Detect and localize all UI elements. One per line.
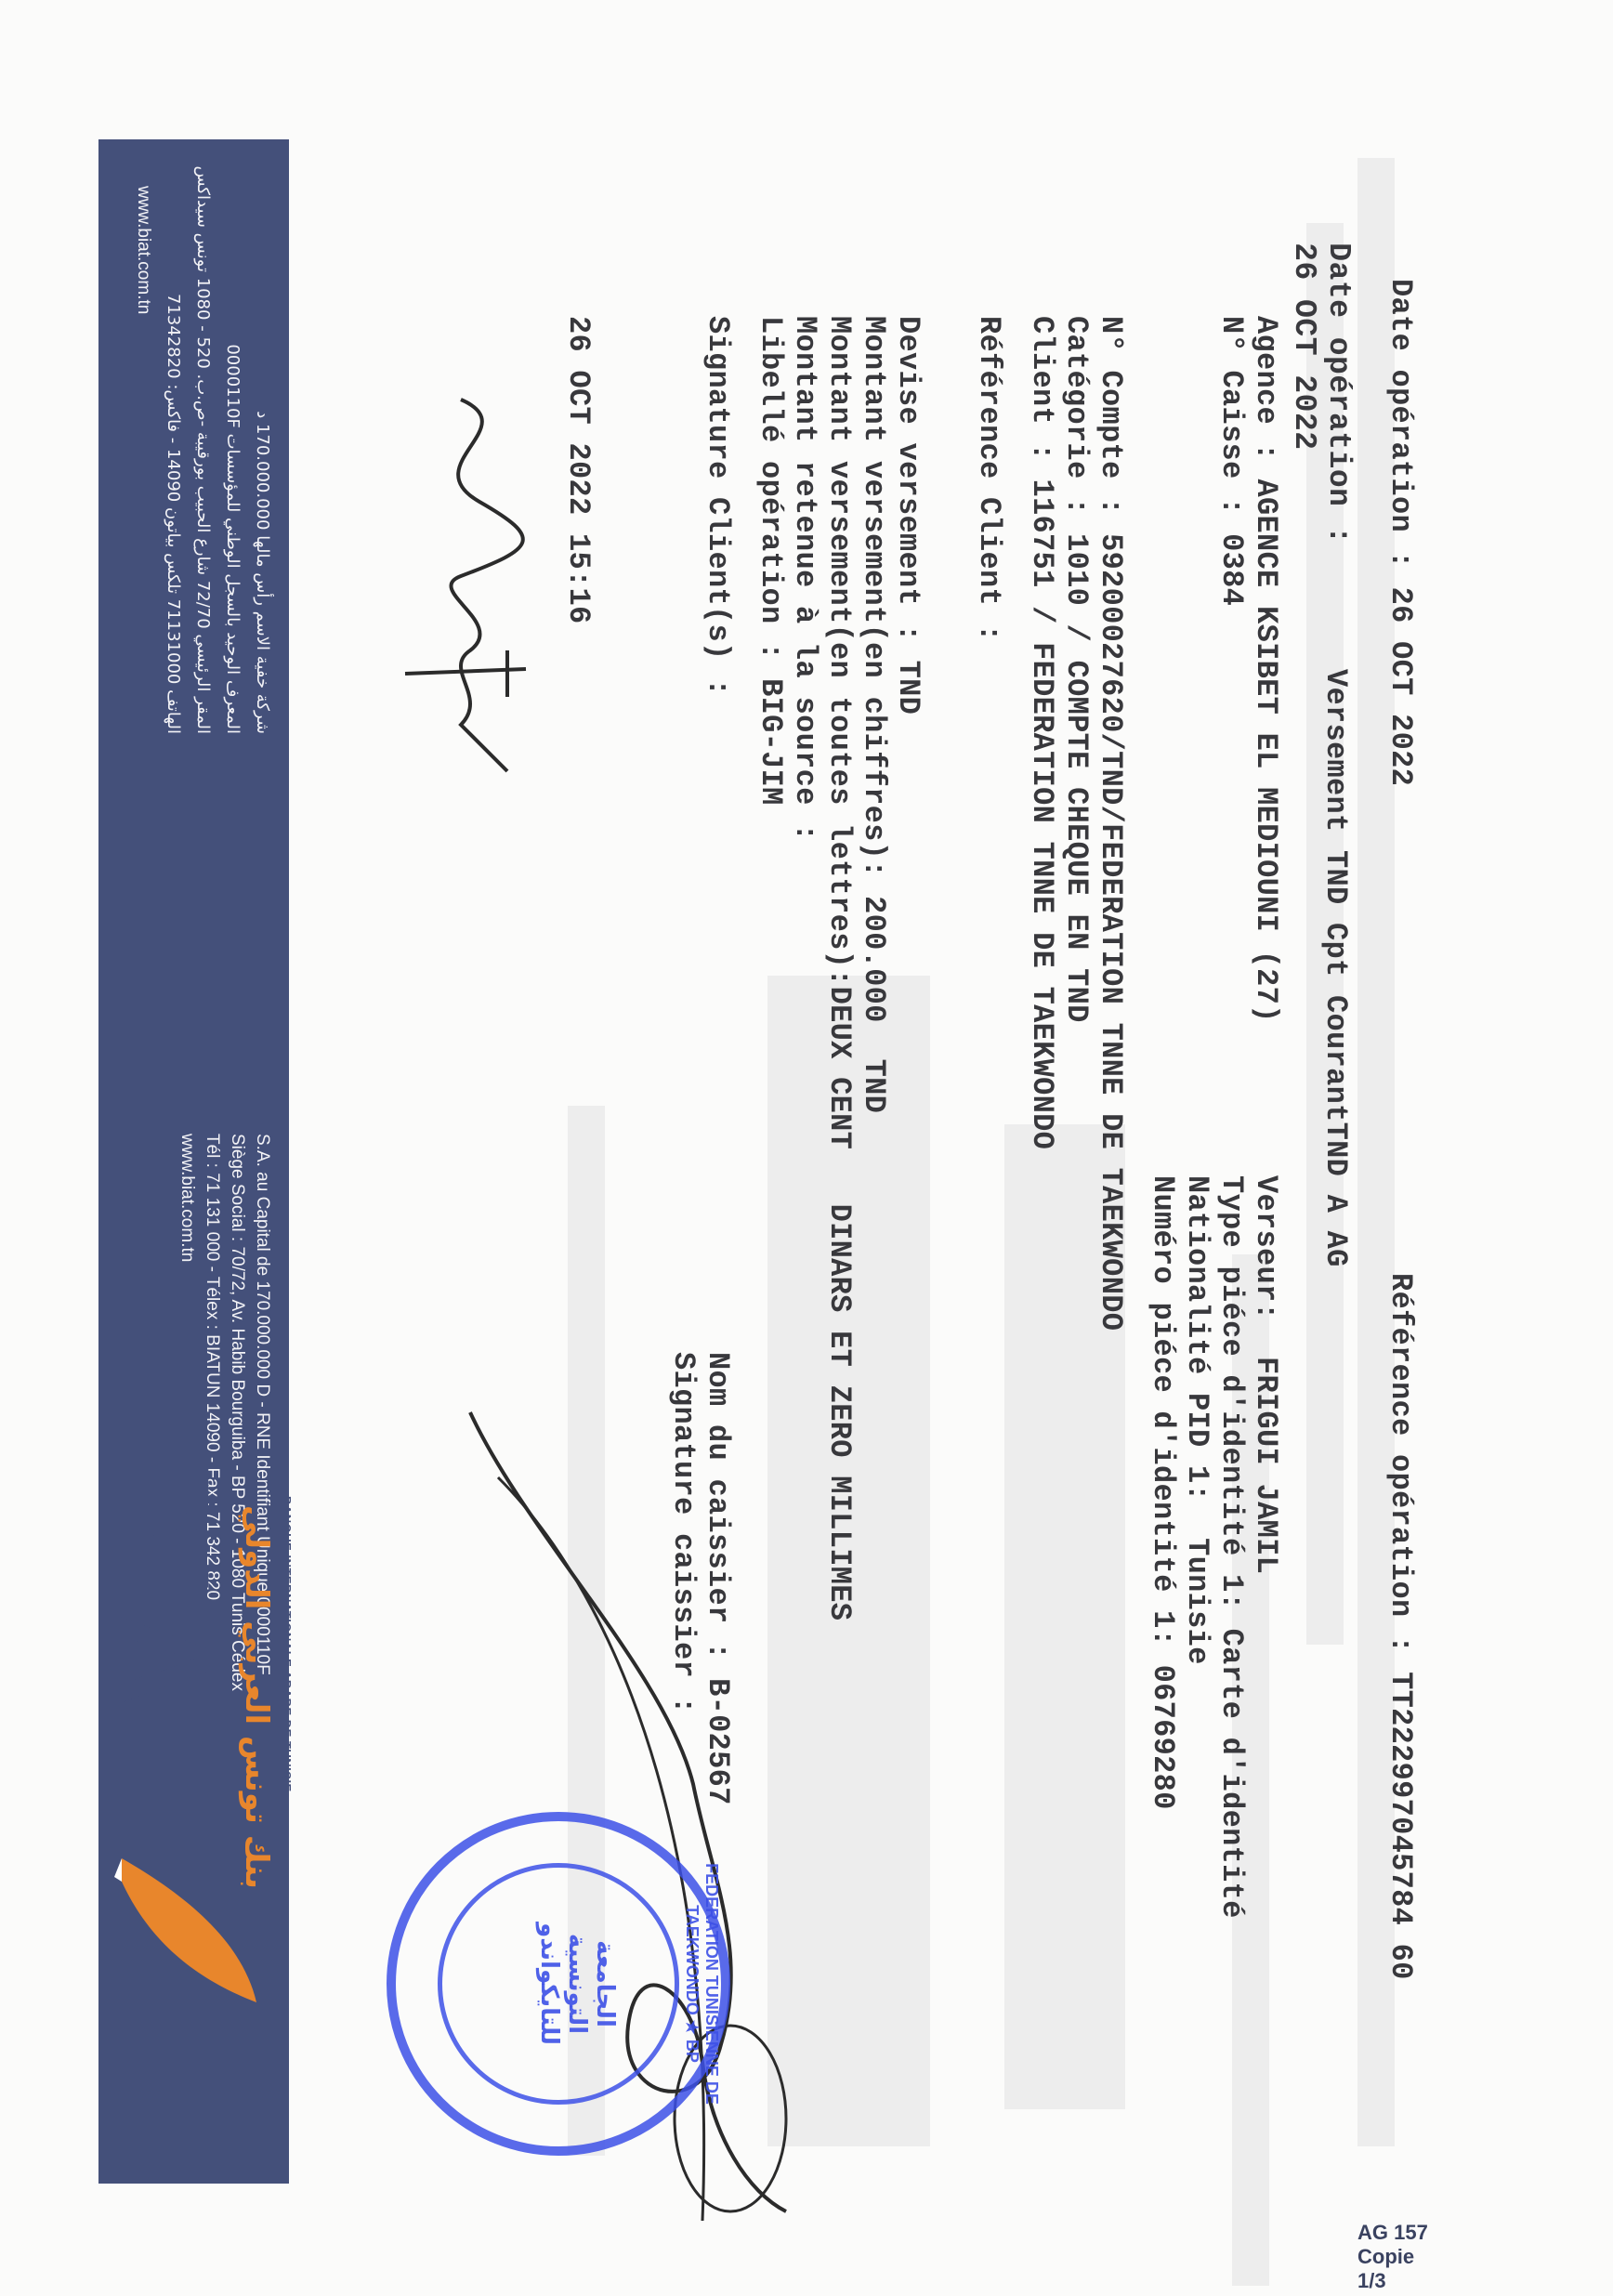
label: Référence Client : (972, 316, 1006, 642)
stamp-ring-text: FEDERATION TUNISIENNE DE TAEKWONDO ★ BP (682, 1812, 721, 2156)
company-info-ar-2: المعرف الوحيد بالسجل الوطني للمؤسسات 000… (223, 344, 243, 734)
montant-chiffres-row: Montant versement(en chiffres): 200.000 … (857, 316, 891, 1113)
value: 116751 / FEDERATION TNNE DE TAEKWONDO (1025, 479, 1059, 1150)
label: Nationalité PID 1: (1180, 1175, 1214, 1502)
label: Verseur: (1249, 1175, 1283, 1320)
numero-piece-row: Numéro piéce d'identité 1: 06769280 (1146, 1175, 1180, 1810)
biat-full-name: BANQUE INTERNATIONALE ARABE DE TUNISIE (280, 1496, 294, 1792)
libelle-row: Libellé opération : BIG-JIM (754, 316, 788, 806)
reference-client-row: Référence Client : (972, 316, 1006, 661)
label: N° Compte : (1094, 316, 1128, 516)
value: 0384 (1214, 533, 1249, 606)
value: TND (891, 661, 925, 715)
value: Carte d'identité (1214, 1629, 1249, 1919)
official-stamp: FEDERATION TUNISIENNE DE TAEKWONDO ★ BP … (387, 1812, 730, 2156)
label: Montant retenue à la source : (788, 316, 822, 842)
label: Numéro piéce d'identité 1: (1146, 1175, 1180, 1647)
label: Devise versement : (891, 316, 925, 642)
agence-row: Agence : AGENCE KSIBET EL MEDIOUNI (27) (1249, 316, 1283, 1023)
company-info-ar-4: الهاتف 71131000 تلكس بياتون 14090 - فاكس… (164, 294, 183, 734)
client-row: Client : 116751 / FEDERATION TNNE DE TAE… (1025, 316, 1059, 1149)
client-signature (396, 390, 544, 781)
receipt-content: Date opération : 26 OCT 2022 Référence o… (0, 0, 1613, 2296)
company-info-ar-web: www.biat.com.tn (133, 186, 153, 314)
type-piece-row: Type piéce d'identité 1: Carte d'identit… (1214, 1175, 1249, 1919)
label: Référence opération : (1384, 1273, 1418, 1654)
operation-title: Versement TND Cpt CourantTND A AG (1318, 669, 1353, 1267)
value: FRIGUI JAMIL (1249, 1357, 1283, 1574)
value: 59200027620/TND/FEDERATION TNNE DE TAEKW… (1094, 533, 1128, 1331)
date-operation-row: Date opération : 26 OCT 2022 (1384, 279, 1418, 786)
company-info-ar-3: المقر الرئيسي 72/70 شارع الحبيب بورقيبة … (193, 165, 213, 734)
montant-lettres-row: Montant versement(en toutes lettres):DEU… (822, 316, 857, 1620)
timestamp: 26 OCT 2022 15:16 (561, 316, 596, 624)
nationalite-row: Nationalité PID 1: Tunisie (1180, 1175, 1214, 1665)
compte-row: N° Compte : 59200027620/TND/FEDERATION T… (1094, 316, 1128, 1331)
value: DEUX CENT DINARS ET ZERO MILLIMES (822, 987, 857, 1621)
reference-operation-row: Référence opération : TT222997045784 60 (1384, 1273, 1418, 1980)
value: AGENCE KSIBET EL MEDIOUNI (27) (1249, 479, 1283, 1023)
label: Client : (1025, 316, 1059, 461)
caisse-row: N° Caisse : 0384 (1214, 316, 1249, 606)
biat-logo-text: BIAT (98, 1450, 229, 1810)
verseur-row: Verseur: FRIGUI JAMIL (1249, 1175, 1283, 1574)
biat-logo-arabic: بنك تونس العربي الدولي (238, 1505, 275, 1889)
label: Libellé opération : (754, 316, 788, 661)
label: Montant versement(en toutes lettres): (822, 316, 857, 987)
label: Catégorie : (1059, 316, 1094, 516)
label: Agence : (1249, 316, 1283, 461)
value: 26 OCT 2022 (1384, 587, 1418, 787)
stamp-center-text: الجامعة التونسية للتايكواندو (535, 1891, 619, 2077)
value: BIG-JIM (754, 678, 788, 806)
label: Type piéce d'identité 1: (1214, 1175, 1249, 1610)
label: N° Caisse : (1214, 316, 1249, 516)
value: Tunisie (1180, 1538, 1214, 1665)
currency: TND (857, 1059, 891, 1114)
label: Montant versement(en chiffres): (857, 316, 891, 878)
value: TT222997045784 60 (1384, 1672, 1418, 1980)
value: 06769280 (1146, 1665, 1180, 1810)
categorie-row: Catégorie : 1010 / COMPTE CHEQUE EN TND (1059, 316, 1094, 1023)
retenue-row: Montant retenue à la source : (788, 316, 822, 859)
signature-client-row: Signature Client(s) : (701, 316, 735, 697)
value: 200.000 (857, 896, 891, 1023)
value: 1010 / COMPTE CHEQUE EN TND (1059, 533, 1094, 1023)
devise-row: Devise versement : TND (891, 316, 925, 715)
company-info-ar-1: شركة خفية الاسم رأس مالها 170.000.000 د (253, 411, 272, 734)
label: Date opération : (1384, 279, 1418, 569)
company-info-fr-4: www.biat.com.tn (177, 1134, 197, 1262)
